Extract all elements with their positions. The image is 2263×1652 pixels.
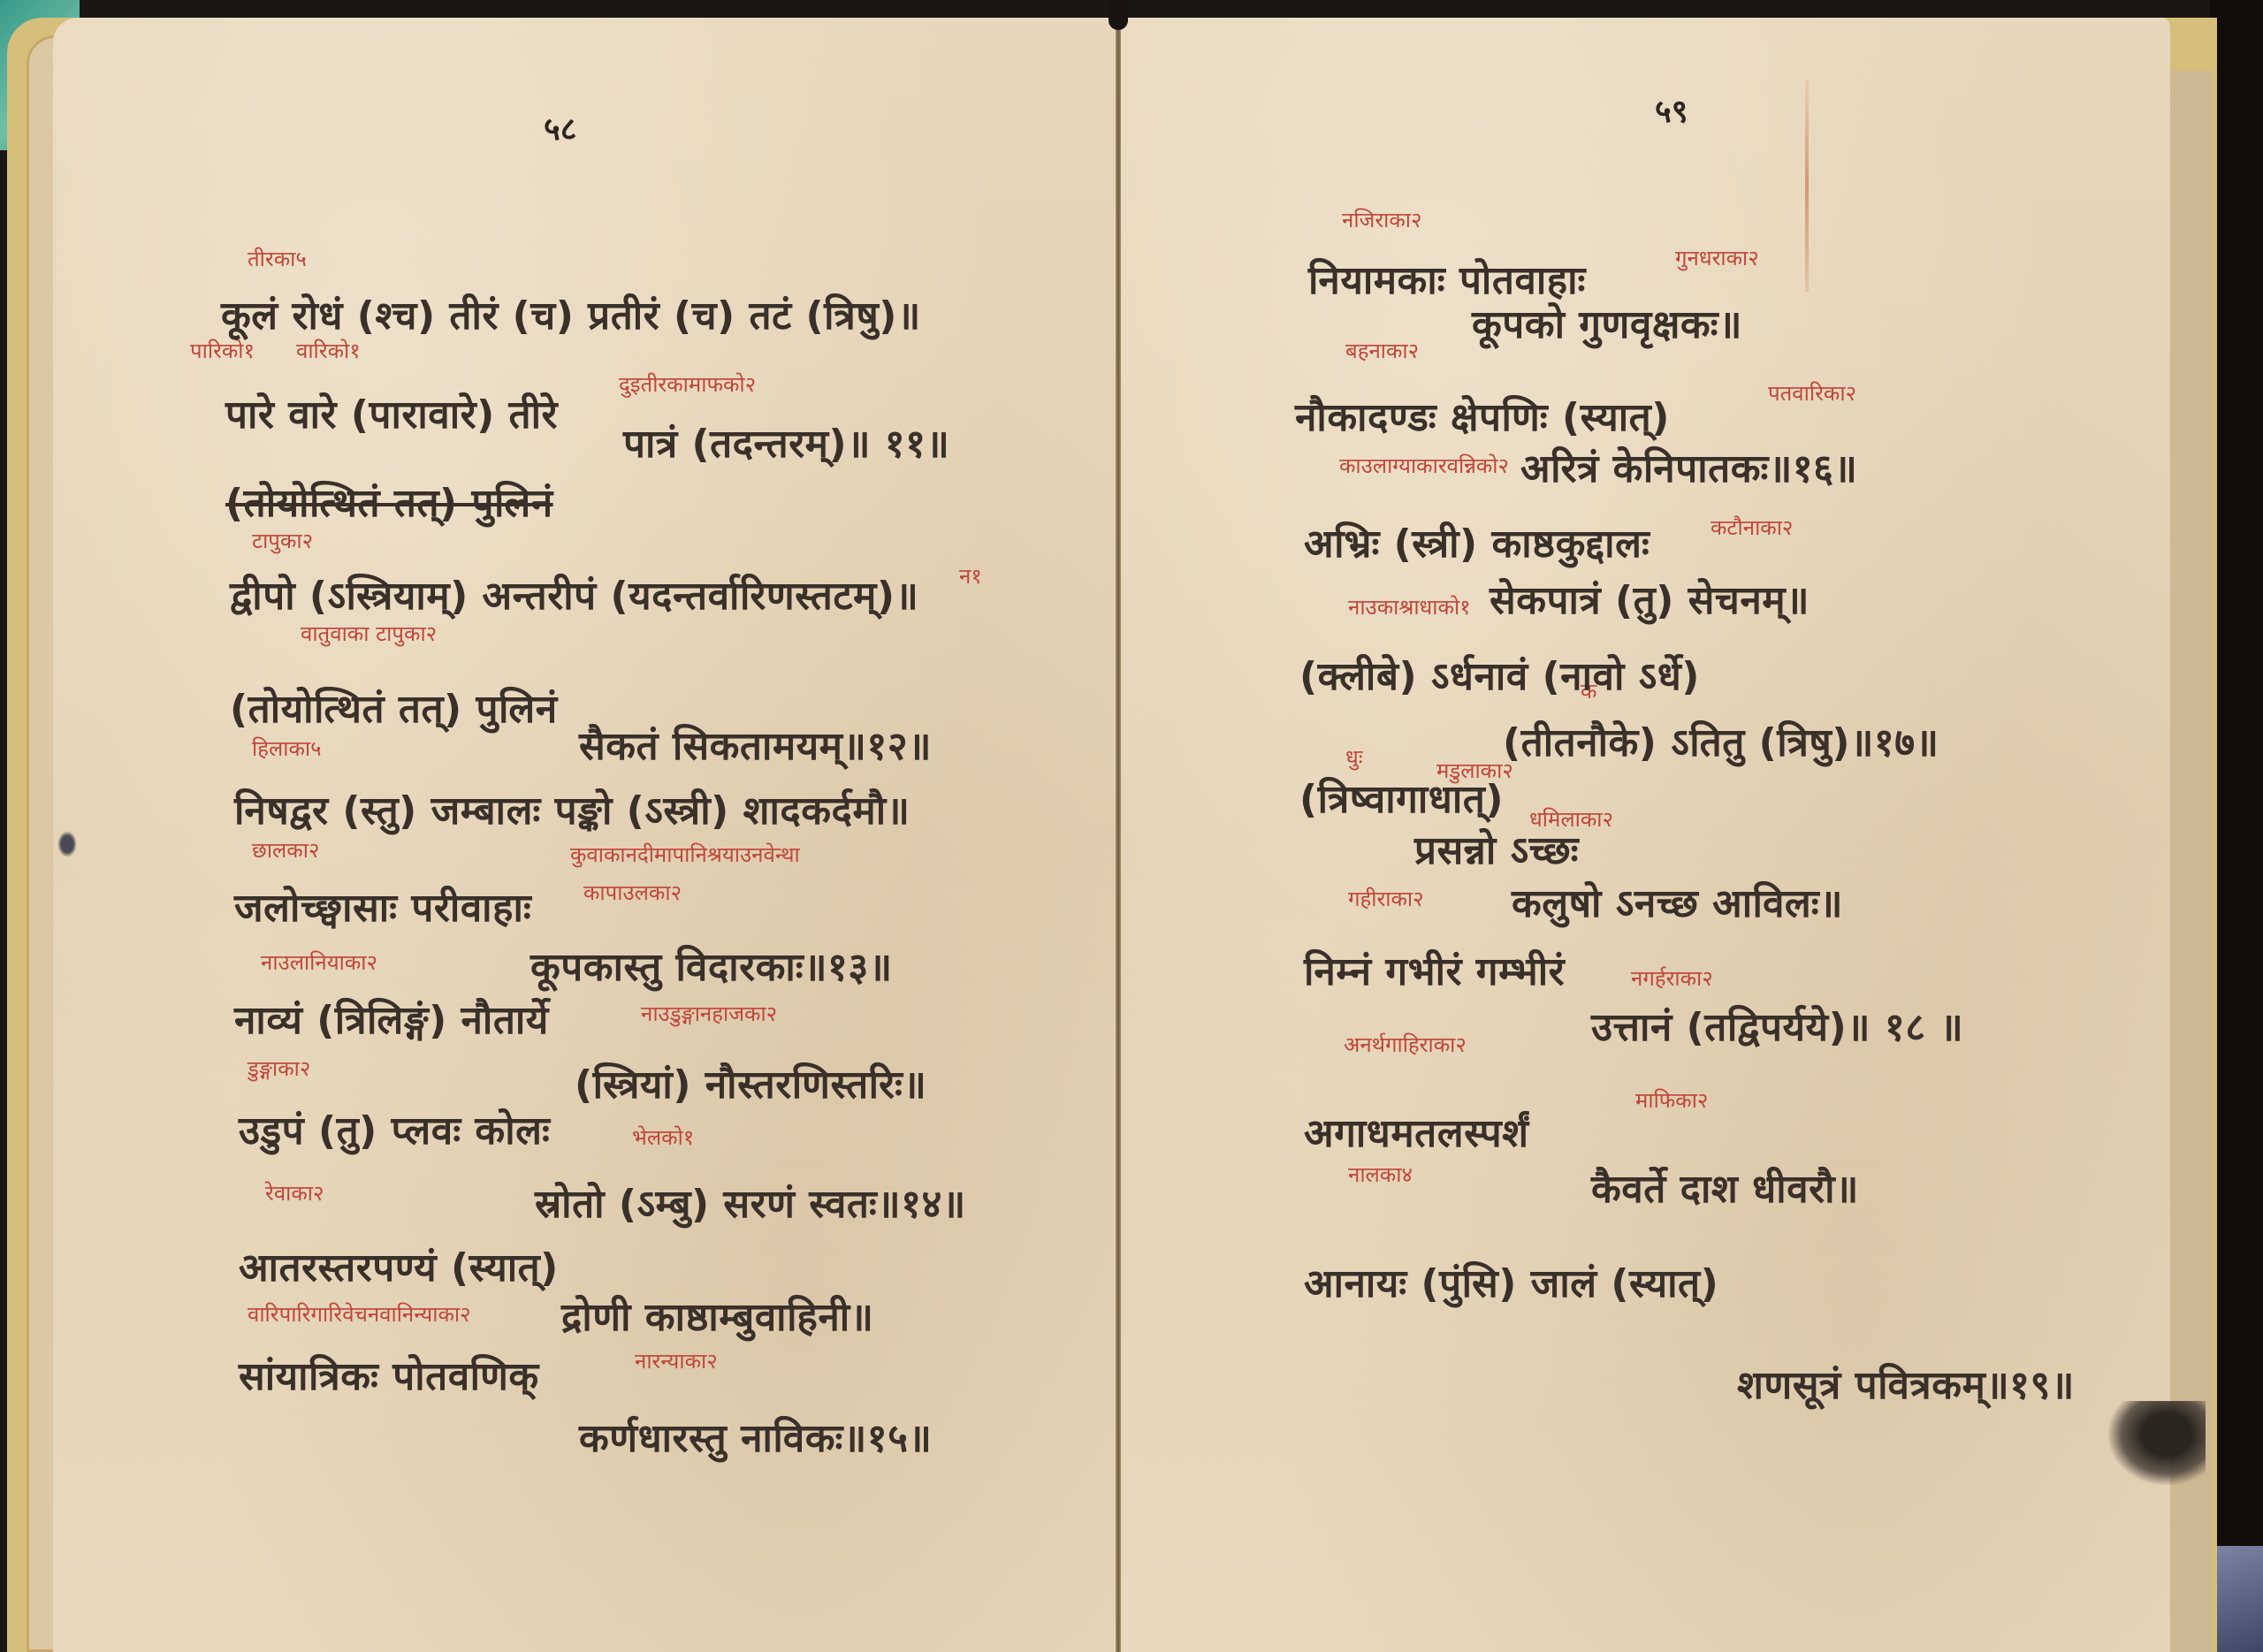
red-gloss: काउलाग्याकारवन्निको२: [1339, 451, 1509, 480]
text-line: नाव्यं (त्रिलिङ्गं) नौतार्ये: [234, 992, 549, 1045]
red-gloss: कापाउलका२: [583, 878, 682, 907]
red-gloss: नगर्हराका२: [1631, 963, 1713, 993]
text-line: प्रसन्नो ऽच्छः: [1414, 822, 1579, 875]
text-line: निम्नं गभीरं गम्भीरं: [1304, 943, 1565, 996]
text-line: कूपकास्तु विदारकाः॥१३॥: [530, 939, 893, 992]
red-gloss: नाउडुङ्गानहाजका२: [641, 999, 777, 1028]
text-line: स्रोतो (ऽम्बु) सरणं स्वतः॥१४॥: [535, 1176, 966, 1229]
text-line: सेकपात्रं (तु) सेचनम्॥: [1490, 572, 1810, 625]
folio-number-left: ५८: [544, 106, 576, 149]
text-line: उत्तानं (तद्विपर्यये)॥ १८ ॥: [1591, 999, 1963, 1052]
text-line: कूलं रोधं (श्च) तीरं (च) प्रतीरं (च) तटं…: [221, 287, 921, 340]
text-line: कैवर्ते दाश धीवरौ॥: [1591, 1161, 1859, 1214]
red-gloss: वारिपारिगारिवेचनवानिन्याका२: [248, 1299, 471, 1328]
text-line: कलुषो ऽनच्छ आविलः॥: [1512, 875, 1843, 928]
red-gloss: न१: [959, 561, 982, 590]
red-gloss: हिलाका५: [252, 734, 322, 763]
red-gloss: रेवाका२: [265, 1178, 324, 1207]
text-line: (तोयोत्थितं तत्) पुलिनं: [230, 681, 558, 734]
red-gloss: भेलको१: [632, 1123, 694, 1152]
red-gloss: नाउलानियाका२: [261, 948, 377, 977]
text-line: नौकादण्डः क्षेपणिः (स्यात्): [1295, 389, 1670, 442]
text-line: अगाधमतलस्पर्शं: [1304, 1105, 1529, 1158]
text-line: निषद्वर (स्तु) जम्बालः पङ्को (ऽस्त्री) श…: [234, 782, 910, 835]
red-gloss: कटौनाका२: [1711, 513, 1793, 542]
spine-gap: [1109, 0, 1128, 30]
text-line: अभ्रिः (स्त्री) काष्ठकुद्दालः: [1304, 515, 1650, 568]
red-gloss: वातुवाका टापुका२: [301, 619, 437, 648]
text-line: आनायः (पुंसि) जालं (स्यात्): [1304, 1255, 1718, 1308]
red-gloss: बहनाका२: [1345, 336, 1419, 365]
text-line: कूपको गुणवृक्षकः॥: [1472, 296, 1742, 349]
text-line: आतरस्तरपण्यं (स्यात्): [239, 1239, 559, 1292]
text-line: पारे वारे (पारावारे) तीरे: [225, 386, 558, 439]
text-line: द्रोणी काष्ठाम्बुवाहिनी॥: [561, 1289, 874, 1342]
text-line: द्वीपो (ऽस्त्रियाम्) अन्तरीपं (यदन्तर्वा…: [230, 567, 918, 620]
red-gloss: डुङ्गाका२: [248, 1054, 310, 1083]
ink-blot: [2108, 1401, 2206, 1485]
red-gloss: कुवाकानदीमापानिश्रयाउनवेन्था: [570, 840, 800, 869]
text-line: सांयात्रिकः पोतवणिक्: [239, 1348, 539, 1401]
struck-text-line: (तोयोत्थितं तत्) पुलिनं: [225, 475, 553, 528]
red-gloss: माफिका२: [1635, 1085, 1708, 1115]
folio-number-right: ५९: [1655, 88, 1688, 132]
ink-smudge: [57, 831, 77, 857]
red-gloss: टापुका२: [252, 526, 313, 555]
red-gloss: तीरका५: [248, 244, 307, 273]
red-gloss: नारन्याका२: [635, 1346, 718, 1375]
red-gloss: छालका२: [252, 835, 319, 864]
background-dark: [2210, 0, 2263, 1652]
text-line: सैकतं सिकतामयम्॥१२॥: [579, 718, 932, 771]
red-gloss: धुः: [1345, 742, 1363, 772]
text-line: (क्लीबे) ऽर्धनावं (नावो ऽर्धे): [1299, 648, 1700, 701]
text-line: शणसूत्रं पवित्रकम्॥१९॥: [1737, 1357, 2075, 1410]
text-line: कर्णधारस्तु नाविकः॥१५॥: [579, 1410, 932, 1463]
red-gloss: नजिराका२: [1342, 205, 1422, 234]
text-line: (तीतनौके) ऽतितु (त्रिषु)॥१७॥: [1503, 714, 1939, 767]
red-gloss: गुनधराका२: [1675, 243, 1759, 272]
text-line: (स्त्रियां) नौस्तरणिस्तरिः॥: [575, 1056, 926, 1109]
book-spine: [1116, 0, 1121, 1652]
text-line: जलोच्छ्वासाः परीवाहाः: [234, 879, 531, 933]
text-line: उडुपं (तु) प्लवः कोलः: [239, 1102, 550, 1155]
red-gloss: नाउकाश्राधाको१: [1348, 592, 1471, 621]
red-margin-stain: [1805, 80, 1809, 292]
red-gloss: दुइतीरकामाफको२: [619, 369, 756, 399]
red-gloss: गहीराका२: [1348, 884, 1424, 913]
red-gloss: पतवारिका२: [1768, 378, 1856, 407]
red-gloss: नालका४: [1348, 1160, 1413, 1189]
red-gloss: अनर्थगाहिराका२: [1344, 1030, 1467, 1059]
text-line: पात्रं (तदन्तरम्)॥ ११॥: [623, 415, 949, 468]
text-line: अरित्रं केनिपातकः॥१६॥: [1520, 440, 1857, 493]
text-line: (त्रिष्वागाधात्): [1299, 771, 1504, 824]
